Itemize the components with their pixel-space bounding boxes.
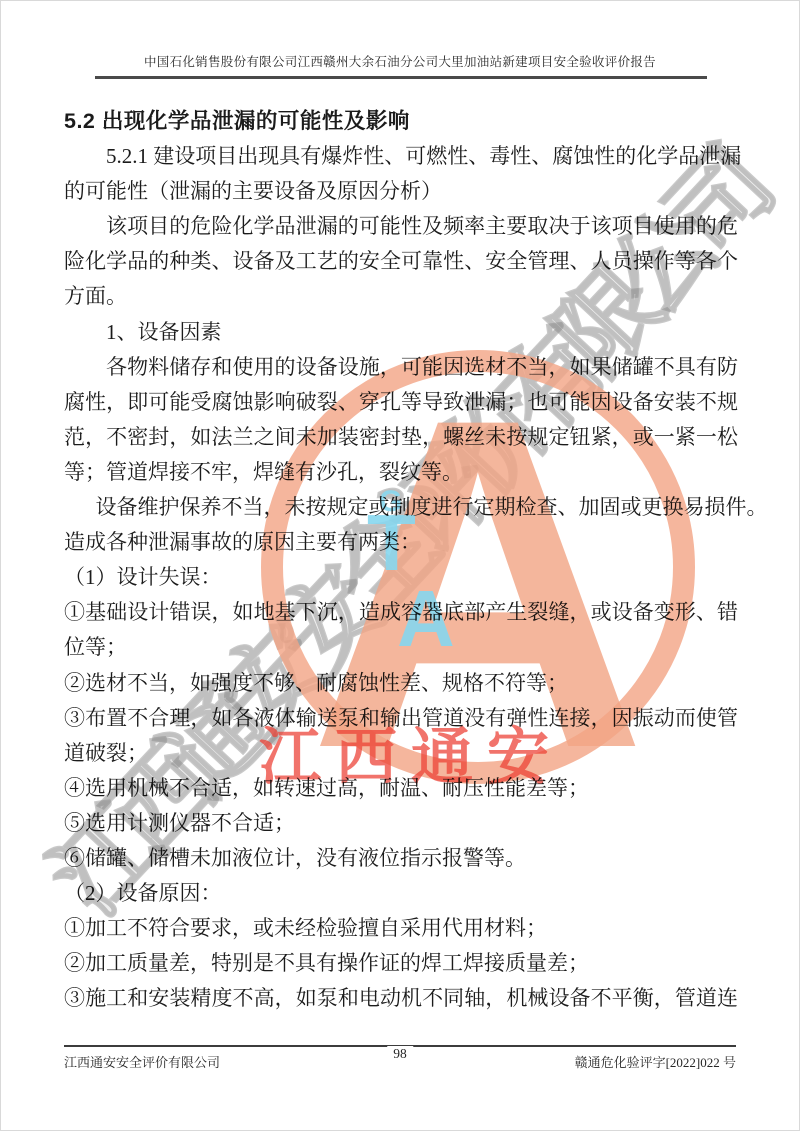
text-line: ②选材不当，如强度不够、耐腐蚀性差、规格不符等； xyxy=(64,666,738,701)
text-line: 险化学品的种类、设备及工艺的安全可靠性、安全管理、人员操作等各个 xyxy=(64,244,738,279)
text-line: ⑤选用计测仪器不合适； xyxy=(64,806,738,841)
footer-page-number: 98 xyxy=(387,1046,413,1062)
text-line: ②加工质量差，特别是不具有操作证的焊工焊接质量差； xyxy=(64,946,738,981)
text-line: ③布置不合理，如各液体输送泵和输出管道没有弹性连接，因振动而使管 xyxy=(64,701,738,736)
page-header-title: 中国石化销售股份有限公司江西赣州大余石油分公司大里加油站新建项目安全验收评价报告 xyxy=(1,52,799,70)
text-line: （2）设备原因： xyxy=(64,876,738,911)
text-line: 范，不密封，如法兰之间未加装密封垫，螺丝未按规定钮紧，或一紧一松 xyxy=(64,420,738,455)
text-line: 该项目的危险化学品泄漏的可能性及频率主要取决于该项目使用的危 xyxy=(64,209,738,244)
text-line: ①基础设计错误，如地基下沉，造成容器底部产生裂缝，或设备变形、错 xyxy=(64,595,738,630)
header-rule xyxy=(95,76,707,79)
section-heading: 5.2 出现化学品泄漏的可能性及影响 xyxy=(64,104,738,139)
text-line: 位等； xyxy=(64,630,738,665)
text-line: ①加工不符合要求，或未经检验擅自采用代用材料； xyxy=(64,911,738,946)
text-line: 各物料储存和使用的设备设施，可能因选材不当，如果储罐不具有防 xyxy=(64,350,738,385)
page-footer: 江西通安安全评价有限公司 98 赣通危化验评字[2022]022 号 xyxy=(64,1045,736,1050)
text-line: 的可能性（泄漏的主要设备及原因分析） xyxy=(64,174,738,209)
text-line: 设备维护保养不当，未按规定或制度进行定期检查、加固或更换易损件。 xyxy=(64,490,738,525)
document-page: 中国石化销售股份有限公司江西赣州大余石油分公司大里加油站新建项目安全验收评价报告… xyxy=(0,0,800,1131)
text-line: 5.2.1 建设项目出现具有爆炸性、可燃性、毒性、腐蚀性的化学品泄漏 xyxy=(64,139,738,174)
text-line: 1、设备因素 xyxy=(64,315,738,350)
text-line: 方面。 xyxy=(64,279,738,314)
text-line: 道破裂； xyxy=(64,736,738,771)
text-line: ③施工和安装精度不高，如泵和电动机不同轴，机械设备不平衡，管道连 xyxy=(64,981,738,1016)
footer-company-name: 江西通安安全评价有限公司 xyxy=(64,1052,220,1071)
footer-document-number: 赣通危化验评字[2022]022 号 xyxy=(575,1052,736,1071)
document-body: 5.2 出现化学品泄漏的可能性及影响5.2.1 建设项目出现具有爆炸性、可燃性、… xyxy=(64,104,738,1016)
text-line: ④选用机械不合适，如转速过高，耐温、耐压性能差等； xyxy=(64,771,738,806)
text-line: （1）设计失误： xyxy=(64,560,738,595)
text-line: 腐性，即可能受腐蚀影响破裂、穿孔等导致泄漏；也可能因设备安装不规 xyxy=(64,385,738,420)
text-line: 造成各种泄漏事故的原因主要有两类： xyxy=(64,525,738,560)
text-line: ⑥储罐、储槽未加液位计，没有液位指示报警等。 xyxy=(64,841,738,876)
text-line: 等；管道焊接不牢，焊缝有沙孔，裂纹等。 xyxy=(64,455,738,490)
